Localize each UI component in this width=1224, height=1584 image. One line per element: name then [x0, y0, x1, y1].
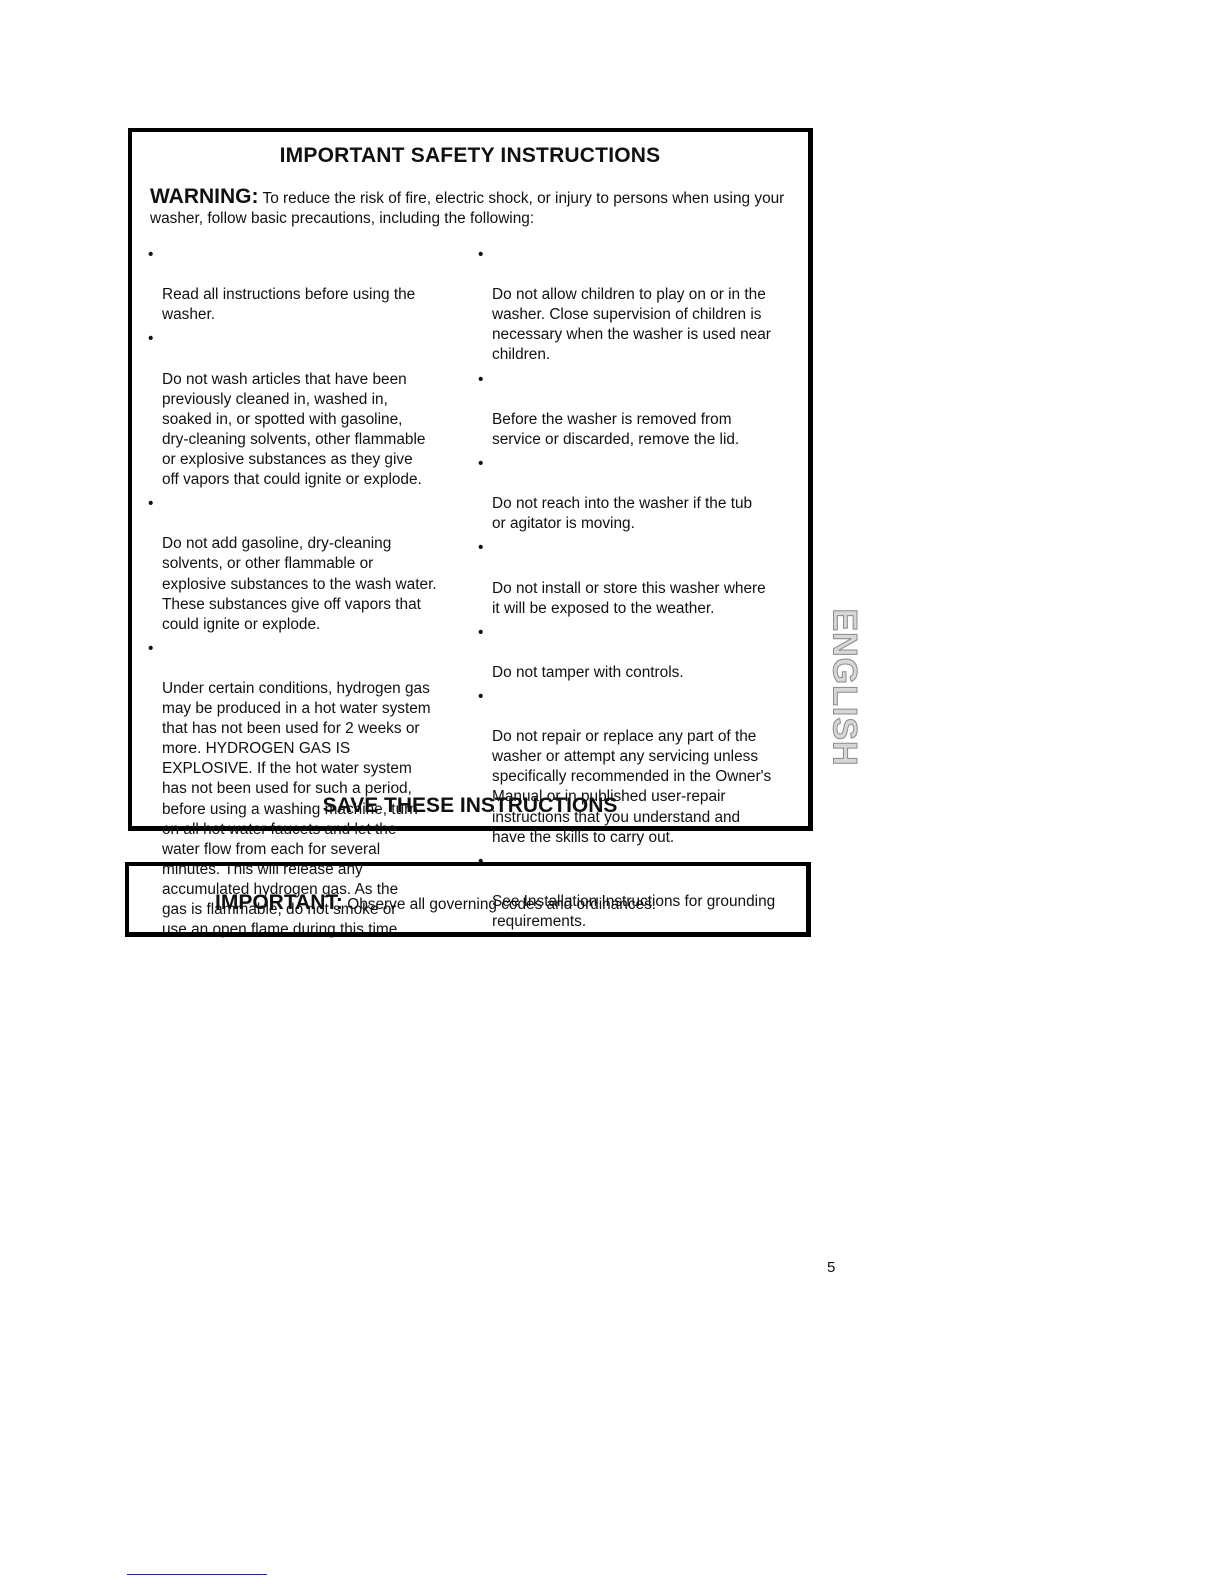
bullet-icon: •: [148, 245, 153, 265]
footer-divider: [127, 1574, 267, 1575]
list-item: • Do not allow children to play on or in…: [476, 245, 811, 366]
list-item-text: Do not tamper with controls.: [492, 664, 684, 681]
important-label: IMPORTANT:: [215, 891, 343, 914]
bullet-icon: •: [478, 623, 483, 643]
list-item-text: Do not allow children to play on or in t…: [492, 286, 771, 363]
list-item-text: Do not wash articles that have been prev…: [162, 371, 425, 488]
important-notice: IMPORTANT: Observe all governing codes a…: [215, 891, 656, 915]
safety-instructions-box: IMPORTANT SAFETY INSTRUCTIONS WARNING: T…: [128, 128, 813, 831]
list-item-text: Read all instructions before using the w…: [162, 286, 415, 323]
bullet-icon: •: [148, 639, 153, 659]
list-item: • Do not repair or replace any part of t…: [476, 687, 811, 848]
list-item: • Before the washer is removed from serv…: [476, 370, 811, 450]
list-item: • Read all instructions before using the…: [146, 245, 476, 325]
bullet-icon: •: [478, 454, 483, 474]
warning-paragraph: WARNING: To reduce the risk of fire, ele…: [150, 187, 810, 229]
list-item: • Do not install or store this washer wh…: [476, 538, 811, 618]
list-item: • Do not add gasoline, dry-cleaning solv…: [146, 494, 476, 635]
warning-label: WARNING:: [150, 185, 259, 208]
list-item: • Do not reach into the washer if the tu…: [476, 454, 811, 534]
list-item: • Do not tamper with controls.: [476, 623, 811, 683]
list-item: • Do not wash articles that have been pr…: [146, 329, 476, 490]
list-item-text: Do not install or store this washer wher…: [492, 580, 766, 617]
bullet-icon: •: [478, 538, 483, 558]
bullet-icon: •: [478, 687, 483, 707]
bullet-icon: •: [478, 370, 483, 390]
left-instruction-column: • Read all instructions before using the…: [146, 245, 476, 944]
right-instruction-column: • Do not allow children to play on or in…: [476, 245, 811, 936]
list-item-text: Before the washer is removed from servic…: [492, 411, 739, 448]
bullet-icon: •: [148, 494, 153, 514]
page-number: 5: [827, 1259, 835, 1276]
bullet-icon: •: [478, 245, 483, 265]
save-instructions-heading: SAVE THESE INSTRUCTIONS: [132, 794, 808, 818]
language-tab-label: ENGLISH: [825, 608, 864, 766]
bullet-icon: •: [148, 329, 153, 349]
list-item-text: Do not add gasoline, dry-cleaning solven…: [162, 535, 437, 632]
list-item-text: Do not repair or replace any part of the…: [492, 728, 771, 845]
important-text: Observe all governing codes and ordinanc…: [347, 896, 656, 913]
important-notice-box: IMPORTANT: Observe all governing codes a…: [125, 862, 811, 937]
safety-title: IMPORTANT SAFETY INSTRUCTIONS: [132, 144, 808, 168]
list-item-text: Do not reach into the washer if the tub …: [492, 495, 752, 532]
language-side-tab: ENGLISH: [822, 612, 866, 762]
